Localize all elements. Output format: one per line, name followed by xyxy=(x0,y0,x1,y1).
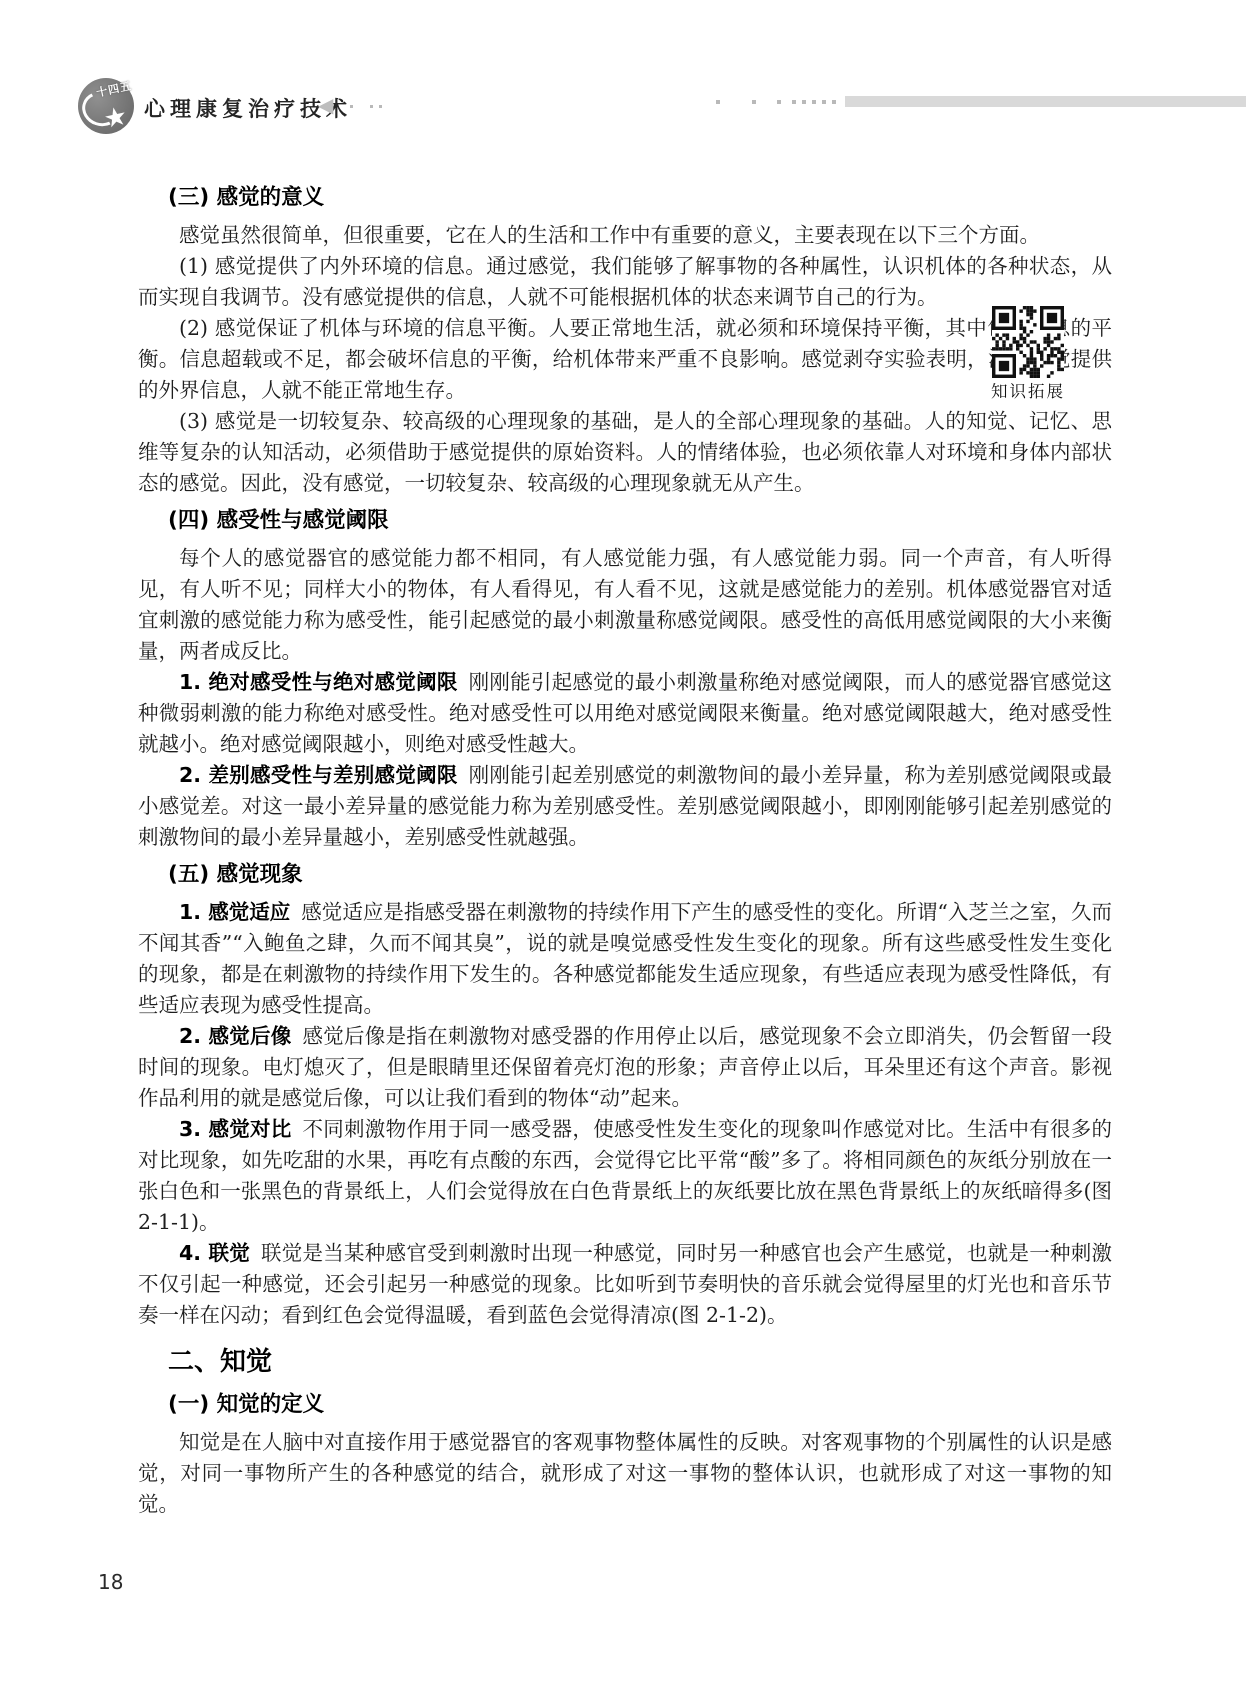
paragraph: 2. 感觉后像感觉后像是指在刺激物对感受器的作用停止以后，感觉现象不会立即消失，… xyxy=(138,1021,1112,1114)
left-triangle-icon: ◀ xyxy=(318,95,333,115)
header-gray-bar xyxy=(845,96,1246,107)
qr-caption: 知识拓展 xyxy=(984,382,1072,402)
section-heading-5: (五) 感觉现象 xyxy=(138,859,1112,890)
paragraph-lead: 1. 绝对感受性与绝对感觉阈限 xyxy=(179,670,458,694)
qr-code-icon xyxy=(992,306,1064,378)
paragraph: (1) 感觉提供了内外环境的信息。通过感觉，我们能够了解事物的各种属性，认识机体… xyxy=(138,251,1112,313)
logo-star-icon: ★ xyxy=(101,103,129,133)
five-year-plan-logo-icon: ★ 十四五 xyxy=(78,78,134,134)
paragraph: 感觉虽然很简单，但很重要，它在人的生活和工作中有重要的意义，主要表现在以下三个方… xyxy=(138,220,1112,251)
paragraph-lead: 2. 差别感受性与差别感觉阈限 xyxy=(179,763,458,787)
page-header: ★ 十四五 心理康复治疗技术 ◀ xyxy=(0,0,1246,150)
paragraph: 1. 感觉适应感觉适应是指感受器在刺激物的持续作用下产生的感受性的变化。所谓“入… xyxy=(138,897,1112,1021)
page-number: 18 xyxy=(98,1570,123,1594)
paragraph: 1. 绝对感受性与绝对感觉阈限刚刚能引起感觉的最小刺激量称绝对感觉阈限，而人的感… xyxy=(138,667,1112,760)
section-heading-4: (四) 感受性与感觉阈限 xyxy=(138,505,1112,536)
book-page: ★ 十四五 心理康复治疗技术 ◀ (三) 感觉的意义 感觉虽然很简单，但很重要，… xyxy=(0,0,1246,1688)
paragraph: (3) 感觉是一切较复杂、较高级的心理现象的基础，是人的全部心理现象的基础。人的… xyxy=(138,406,1112,499)
header-left-dots xyxy=(350,105,390,109)
page-content: (三) 感觉的意义 感觉虽然很简单，但很重要，它在人的生活和工作中有重要的意义，… xyxy=(138,176,1112,1520)
paragraph: 4. 联觉联觉是当某种感官受到刺激时出现一种感觉，同时另一种感官也会产生感觉，也… xyxy=(138,1238,1112,1331)
paragraph: 知觉是在人脑中对直接作用于感觉器官的客观事物整体属性的反映。对客观事物的个别属性… xyxy=(138,1427,1112,1520)
paragraph-lead: 2. 感觉后像 xyxy=(179,1024,292,1048)
paragraph: 3. 感觉对比不同刺激物作用于同一感受器，使感受性发生变化的现象叫作感觉对比。生… xyxy=(138,1114,1112,1238)
paragraph-lead: 4. 联觉 xyxy=(179,1241,250,1265)
section-heading-3: (三) 感觉的意义 xyxy=(138,182,1112,213)
paragraph: (2) 感觉保证了机体与环境的信息平衡。人要正常地生活，就必须和环境保持平衡，其… xyxy=(138,313,1112,406)
paragraph-lead: 3. 感觉对比 xyxy=(179,1117,292,1141)
section-heading-1: (一) 知觉的定义 xyxy=(138,1389,1112,1420)
header-right-dots xyxy=(716,100,846,105)
logo-badge-text: 十四五 xyxy=(95,77,134,100)
paragraph-lead: 1. 感觉适应 xyxy=(179,900,290,924)
chapter-heading: 二、知觉 xyxy=(138,1345,1112,1379)
paragraph: 每个人的感觉器官的感觉能力都不相同，有人感觉能力强，有人感觉能力弱。同一个声音，… xyxy=(138,543,1112,667)
knowledge-expansion-box: 知识拓展 xyxy=(984,306,1072,402)
paragraph: 2. 差别感受性与差别感觉阈限刚刚能引起差别感觉的刺激物间的最小差异量，称为差别… xyxy=(138,760,1112,853)
